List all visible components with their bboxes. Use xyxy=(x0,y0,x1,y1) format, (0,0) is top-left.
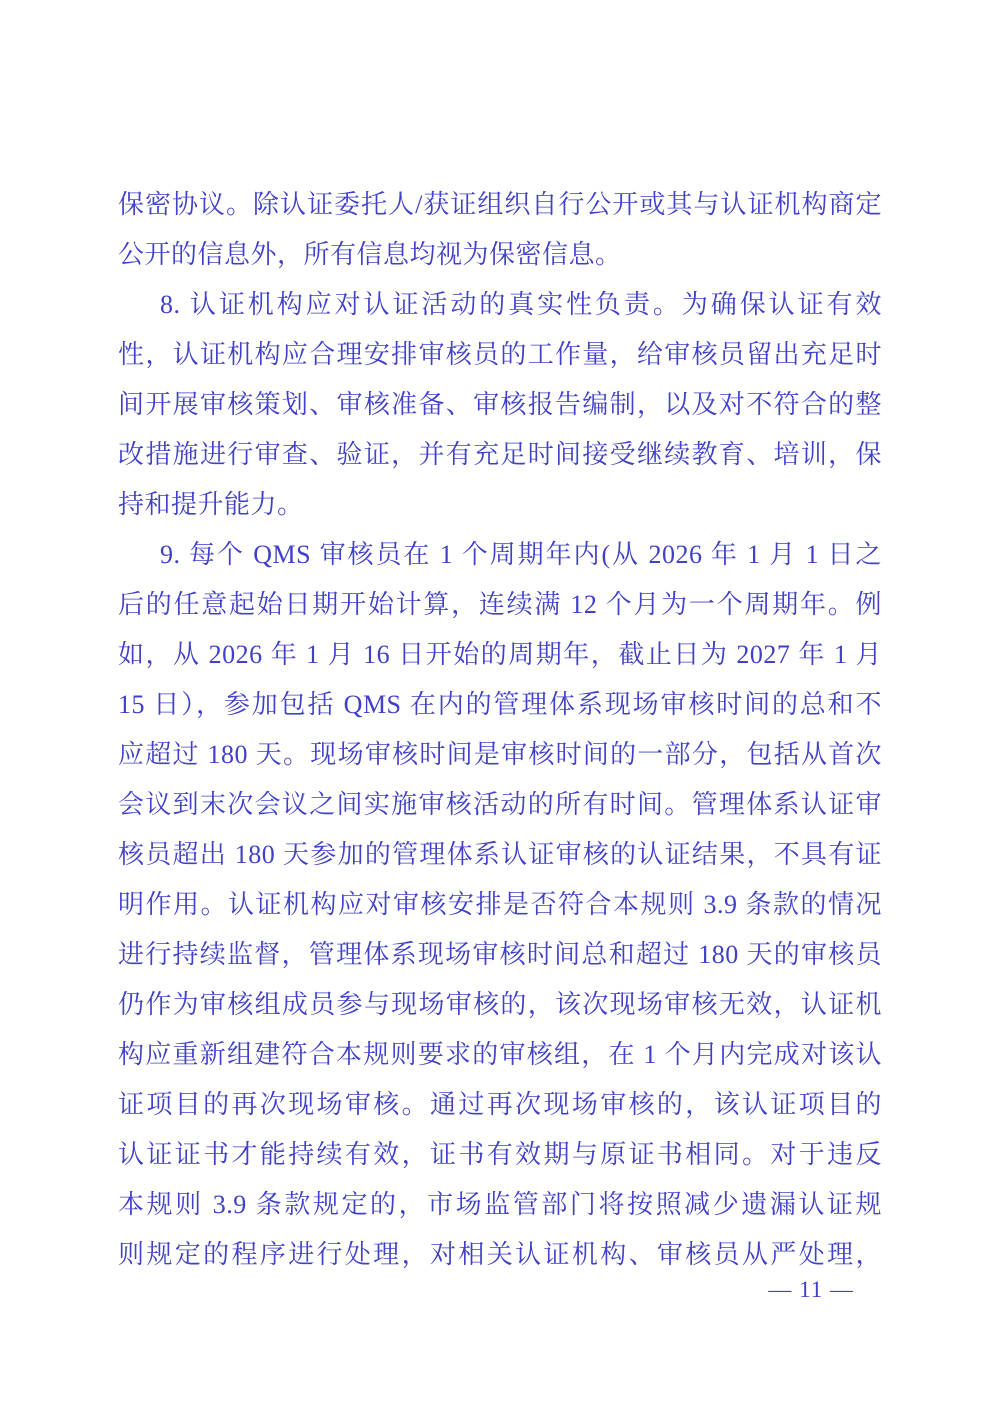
text-line: 间开展审核策划、审核准备、审核报告编制，以及对不符合的整 xyxy=(118,380,882,430)
document-text: 保密协议。除认证委托人/获证组织自行公开或其与认证机构商定公开的信息外，所有信息… xyxy=(118,180,882,1280)
text-line: 如，从 2026 年 1 月 16 日开始的周期年，截止日为 2027 年 1 … xyxy=(118,630,882,680)
text-line: 仍作为审核组成员参与现场审核的，该次现场审核无效，认证机 xyxy=(118,980,882,1030)
document-page: 保密协议。除认证委托人/获证组织自行公开或其与认证机构商定公开的信息外，所有信息… xyxy=(0,0,1000,1414)
text-line: 公开的信息外，所有信息均视为保密信息。 xyxy=(118,230,882,280)
text-line: 15 日），参加包括 QMS 在内的管理体系现场审核时间的总和不 xyxy=(118,680,882,730)
text-line: 认证证书才能持续有效，证书有效期与原证书相同。对于违反 xyxy=(118,1130,882,1180)
text-line: 保密协议。除认证委托人/获证组织自行公开或其与认证机构商定 xyxy=(118,180,882,230)
text-line: 明作用。认证机构应对审核安排是否符合本规则 3.9 条款的情况 xyxy=(118,880,882,930)
text-line: 构应重新组建符合本规则要求的审核组，在 1 个月内完成对该认 xyxy=(118,1030,882,1080)
text-line: 改措施进行审查、验证，并有充足时间接受继续教育、培训，保 xyxy=(118,430,882,480)
text-line: 应超过 180 天。现场审核时间是审核时间的一部分，包括从首次 xyxy=(118,730,882,780)
text-line: 性，认证机构应合理安排审核员的工作量，给审核员留出充足时 xyxy=(118,330,882,380)
text-line: 核员超出 180 天参加的管理体系认证审核的认证结果，不具有证 xyxy=(118,830,882,880)
page-number: — 11 — xyxy=(768,1272,854,1308)
text-line: 后的任意起始日期开始计算，连续满 12 个月为一个周期年。例 xyxy=(118,580,882,630)
text-line: 进行持续监督，管理体系现场审核时间总和超过 180 天的审核员 xyxy=(118,930,882,980)
text-line: 会议到末次会议之间实施审核活动的所有时间。管理体系认证审 xyxy=(118,780,882,830)
text-line: 证项目的再次现场审核。通过再次现场审核的，该认证项目的 xyxy=(118,1080,882,1130)
text-line: 9. 每个 QMS 审核员在 1 个周期年内(从 2026 年 1 月 1 日之 xyxy=(118,530,882,580)
text-line: 持和提升能力。 xyxy=(118,480,882,530)
text-line: 本规则 3.9 条款规定的，市场监管部门将按照减少遗漏认证规 xyxy=(118,1180,882,1230)
text-line: 8. 认证机构应对认证活动的真实性负责。为确保认证有效 xyxy=(118,280,882,330)
